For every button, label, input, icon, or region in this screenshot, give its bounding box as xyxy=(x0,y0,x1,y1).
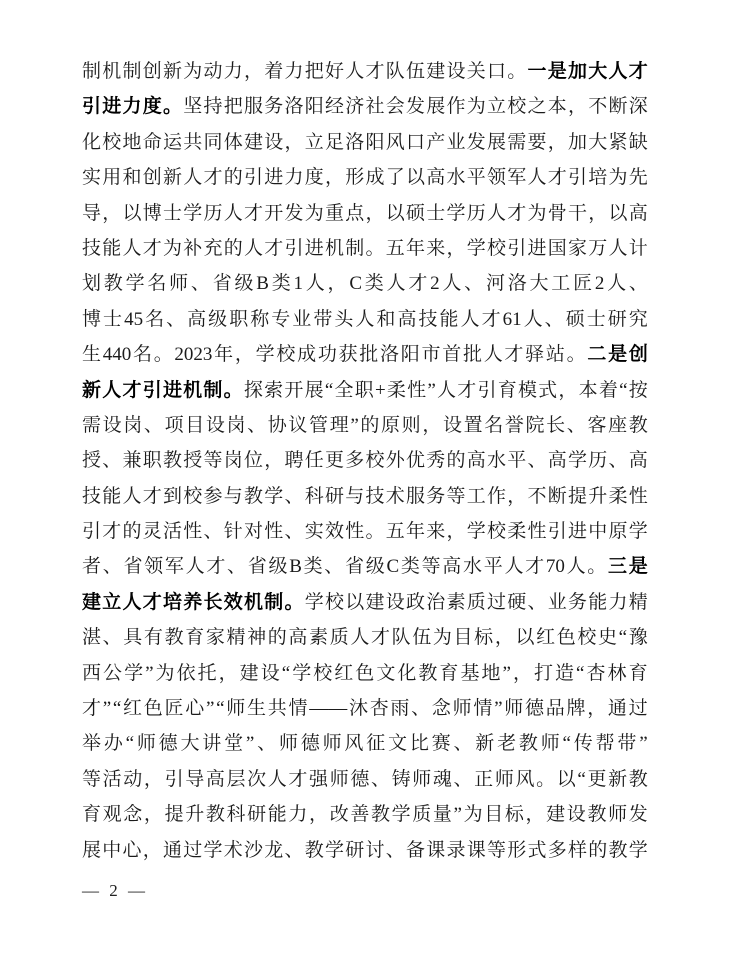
text-token: 、 xyxy=(464,266,483,301)
text-token: 的 xyxy=(360,408,379,443)
text-token: ， xyxy=(309,797,328,832)
text-token: 师 xyxy=(137,726,156,761)
text-token: 本 xyxy=(548,89,567,124)
text-token: 性 xyxy=(528,514,547,549)
text-token: “ xyxy=(126,726,134,761)
text-token: 式 xyxy=(528,833,547,868)
text-token: 次 xyxy=(247,762,266,797)
text-token: 用 xyxy=(102,160,121,195)
text-token: ， xyxy=(144,797,163,832)
text-line: 引才的灵活性、针对性、实效性。五年来，学校柔性引进中原学 xyxy=(82,514,648,549)
text-token: 1 xyxy=(293,266,303,301)
text-token: 人 xyxy=(123,479,142,514)
text-token: ， xyxy=(447,231,466,266)
text-token: 引 xyxy=(165,762,184,797)
text-token: 断 xyxy=(609,89,628,124)
text-token: 博 xyxy=(82,302,101,337)
text-token: 、 xyxy=(528,585,547,620)
text-token: 高 xyxy=(397,302,416,337)
text-token: 、 xyxy=(629,266,648,301)
text-token: 以 xyxy=(557,762,576,797)
text-token: 人 xyxy=(306,266,325,301)
text-token: 才 xyxy=(629,54,648,89)
text-token: 育 xyxy=(498,373,517,408)
text-token: 师 xyxy=(608,797,627,832)
text-token: 管 xyxy=(309,408,328,443)
text-token: 发 xyxy=(629,797,648,832)
text-token: 引 xyxy=(548,514,567,549)
text-token: 具 xyxy=(123,620,142,655)
text-token: ， xyxy=(422,408,441,443)
text-token: ” xyxy=(350,408,358,443)
text-token: 士 xyxy=(587,302,606,337)
text-token: 、 xyxy=(609,443,628,478)
text-token: 、 xyxy=(285,479,304,514)
text-token: 440 xyxy=(103,337,132,372)
text-token: 工 xyxy=(551,266,570,301)
text-token: 聘 xyxy=(285,443,304,478)
text-token: 铸 xyxy=(392,762,411,797)
text-token: 带 xyxy=(313,302,332,337)
text-token: 功 xyxy=(318,337,337,372)
text-token: 硕 xyxy=(406,196,425,231)
text-token: 能 xyxy=(102,479,121,514)
text-token: 称 xyxy=(250,302,269,337)
text-token: 高 xyxy=(426,160,445,195)
text-token: 龙 xyxy=(264,833,283,868)
text-token: ， xyxy=(495,620,514,655)
text-token: 杏 xyxy=(587,656,606,691)
text-token: 。 xyxy=(587,549,606,584)
text-token: 活 xyxy=(163,514,182,549)
text-token: 校 xyxy=(487,514,506,549)
text-token: 更 xyxy=(587,762,606,797)
text-token: C xyxy=(349,266,362,301)
text-token: 断 xyxy=(548,479,567,514)
text-token: 人 xyxy=(609,54,628,89)
text-token: 形 xyxy=(345,160,364,195)
text-token: 士 xyxy=(103,302,122,337)
text-token: 长 xyxy=(204,585,223,620)
text-token: 才 xyxy=(122,373,141,408)
text-token: 才 xyxy=(548,160,567,195)
text-token: 中 xyxy=(102,833,121,868)
text-token: 议 xyxy=(288,408,307,443)
text-token: 人 xyxy=(387,266,406,301)
text-token: 类 xyxy=(272,266,291,301)
text-token: 红 xyxy=(123,691,142,726)
text-token: 教 xyxy=(244,479,263,514)
text-token: 设 xyxy=(264,125,283,160)
text-token: 能 xyxy=(588,585,607,620)
text-token: 生 xyxy=(82,337,101,372)
text-token: 人 xyxy=(268,762,287,797)
text-token: 升 xyxy=(588,479,607,514)
text-token: + xyxy=(375,373,386,408)
text-token: 科 xyxy=(226,797,245,832)
text-token: 依 xyxy=(177,656,196,691)
text-token: 命 xyxy=(143,125,162,160)
text-token: 阳 xyxy=(366,125,385,160)
text-token: 学 xyxy=(629,833,648,868)
text-token: 沐 xyxy=(349,691,368,726)
text-token: 正 xyxy=(474,762,493,797)
text-token: 创 xyxy=(143,54,162,89)
text-token: 展 xyxy=(305,373,324,408)
text-token: 研 xyxy=(345,833,364,868)
text-token: 为 xyxy=(163,231,182,266)
text-token: 、 xyxy=(227,549,246,584)
text-token: 风 xyxy=(344,726,363,761)
text-line: 实用和创新人才的引进力度，形成了以高水平领军人才引培为先 xyxy=(82,160,648,195)
text-token: 站 xyxy=(546,337,565,372)
text-token: 引 xyxy=(477,373,496,408)
text-token: 学 xyxy=(568,443,587,478)
text-token: 级 xyxy=(208,302,227,337)
text-token: 高 xyxy=(467,443,486,478)
text-line: 导，以博士学历人才开发为重点，以硕士学历人才为骨干，以高 xyxy=(82,196,648,231)
text-token: 新 xyxy=(82,373,101,408)
text-token: ” xyxy=(639,726,647,761)
text-token: 校 xyxy=(325,585,344,620)
text-token: 需 xyxy=(507,125,526,160)
text-token: 年 xyxy=(406,231,425,266)
text-token: 70 xyxy=(546,549,565,584)
text-token: 提 xyxy=(165,797,184,832)
text-token: 才 xyxy=(366,54,385,89)
text-token: 省 xyxy=(213,266,232,301)
text-token: 。 xyxy=(567,337,586,372)
text-token: 引 xyxy=(285,231,304,266)
text-token: 人 xyxy=(123,585,142,620)
text-token: 杏 xyxy=(370,691,389,726)
text-token: 机 xyxy=(102,54,121,89)
text-token: 师 xyxy=(453,691,472,726)
text-token: 发 xyxy=(285,196,304,231)
text-token: 导 xyxy=(185,762,204,797)
text-token: “ xyxy=(619,373,627,408)
text-token: 课 xyxy=(467,833,486,868)
text-token: 活 xyxy=(103,762,122,797)
text-token: 军 xyxy=(165,549,184,584)
text-token: 与 xyxy=(345,479,364,514)
text-token: 队 xyxy=(392,620,411,655)
text-token: ， xyxy=(507,479,526,514)
text-token: 人 xyxy=(504,549,523,584)
text-token: 士 xyxy=(163,196,182,231)
text-token: 才 xyxy=(82,691,101,726)
page-number: — 2 — xyxy=(82,880,148,902)
text-token: 风 xyxy=(515,762,534,797)
text-token: 观 xyxy=(103,797,122,832)
text-token: 三 xyxy=(608,549,627,584)
text-token: 、 xyxy=(257,726,276,761)
text-token: 才 xyxy=(143,585,162,620)
text-token: 人 xyxy=(528,160,547,195)
text-token: 德 xyxy=(159,726,178,761)
text-token: 色 xyxy=(144,691,163,726)
text-token: 雨 xyxy=(390,691,409,726)
text-token: 建 xyxy=(240,656,259,691)
text-token: 精 xyxy=(629,585,648,620)
text-line: 西公学”为依托，建设“学校红色文化教育基地”，打造“杏林育 xyxy=(82,656,648,691)
text-token: 业 xyxy=(292,302,311,337)
text-token: 善 xyxy=(350,797,369,832)
text-token: 赛 xyxy=(432,726,451,761)
text-token: 性 xyxy=(183,514,202,549)
text-token: 创 xyxy=(143,160,162,195)
text-token: 职 xyxy=(229,302,248,337)
text-token: 教 xyxy=(305,833,324,868)
text-token: 济 xyxy=(345,89,364,124)
text-token: ， xyxy=(143,833,162,868)
text-token: 产 xyxy=(426,125,445,160)
text-token: 育 xyxy=(629,656,648,691)
text-token: 新 xyxy=(163,54,182,89)
text-token: 头 xyxy=(334,302,353,337)
text-token: 领 xyxy=(487,160,506,195)
text-token: 性 xyxy=(264,514,283,549)
text-token: 一 xyxy=(528,54,547,89)
text-token: 以 xyxy=(123,196,142,231)
text-token: ” xyxy=(103,691,111,726)
text-token: 专 xyxy=(271,302,290,337)
text-token: 老 xyxy=(497,726,516,761)
text-token: 进 xyxy=(163,373,182,408)
text-token: “ xyxy=(577,762,585,797)
text-token: 、 xyxy=(285,833,304,868)
text-token: 岗 xyxy=(226,408,245,443)
text-token: 务 xyxy=(264,89,283,124)
text-token: 开 xyxy=(284,373,303,408)
text-token: 才 xyxy=(206,549,225,584)
text-token: 师 xyxy=(412,762,431,797)
text-token: 、 xyxy=(247,408,266,443)
text-token: 等 xyxy=(487,833,506,868)
text-token: 新 xyxy=(608,762,627,797)
text-token: 样 xyxy=(568,833,587,868)
text-token: B xyxy=(256,266,269,301)
text-line: 博士45名、高级职称专业带头人和高技能人才61人、硕士研究 xyxy=(82,302,648,337)
text-token: 、 xyxy=(545,302,564,337)
text-token: 、 xyxy=(204,514,223,549)
text-token: 、 xyxy=(166,302,185,337)
text-token: 职 xyxy=(143,443,162,478)
text-token: 、 xyxy=(454,762,473,797)
text-token: 秀 xyxy=(426,443,445,478)
text-token: 二 xyxy=(587,337,606,372)
text-token: 历 xyxy=(588,443,607,478)
text-token: 人 xyxy=(224,196,243,231)
text-token: 补 xyxy=(183,231,202,266)
text-token: 豫 xyxy=(629,620,648,655)
text-line: 湛、具有教育家精神的高素质人才队伍为目标，以红色校史“豫 xyxy=(82,620,648,655)
text-token: 首 xyxy=(442,337,461,372)
text-token: 了 xyxy=(386,160,405,195)
text-token: 2023 xyxy=(174,337,212,372)
text-token: 素 xyxy=(447,585,466,620)
text-token: 要 xyxy=(528,125,547,160)
text-token: 力 xyxy=(123,89,142,124)
text-token: 校 xyxy=(276,337,295,372)
text-token: C xyxy=(386,549,399,584)
text-token: 设 xyxy=(261,656,280,691)
text-token: 多 xyxy=(548,833,567,868)
text-token: 大 xyxy=(180,726,199,761)
text-token: 充 xyxy=(204,231,223,266)
text-token: ， xyxy=(513,656,532,691)
text-token: 持 xyxy=(204,89,223,124)
text-token: 置 xyxy=(464,408,483,443)
text-token: 形 xyxy=(507,833,526,868)
text-token: 强 xyxy=(309,762,328,797)
text-token: 人 xyxy=(102,373,121,408)
text-token: 是 xyxy=(629,549,648,584)
text-token: 堂 xyxy=(224,726,243,761)
text-token: 改 xyxy=(330,797,349,832)
text-token: 、 xyxy=(386,833,405,868)
text-token: 学 xyxy=(447,196,466,231)
text-token: 多 xyxy=(345,443,364,478)
text-token: 量 xyxy=(433,797,452,832)
text-token: 实 xyxy=(82,160,101,195)
text-token: 服 xyxy=(406,479,425,514)
text-token: 制 xyxy=(264,585,283,620)
text-token: 建 xyxy=(426,54,445,89)
text-token: 和 xyxy=(123,160,142,195)
text-token: 地 xyxy=(123,125,142,160)
text-token: 授 xyxy=(183,443,202,478)
text-token: 制 xyxy=(345,231,364,266)
text-token: 为 xyxy=(183,54,202,89)
text-line: 需设岗、项目设岗、协议管理”的原则，设置名誉院长、客座教 xyxy=(82,408,648,443)
text-token: 年 xyxy=(406,514,425,549)
text-token: 精 xyxy=(226,620,245,655)
text-token: 导 xyxy=(82,196,101,231)
text-token: 以 xyxy=(609,196,628,231)
text-token: 技 xyxy=(82,231,101,266)
text-token: 水 xyxy=(447,160,466,195)
text-token: 足 xyxy=(325,125,344,160)
text-token: 五 xyxy=(386,231,405,266)
text-token: ， xyxy=(587,691,606,726)
text-token: ， xyxy=(264,443,283,478)
text-token: 教 xyxy=(519,726,538,761)
text-token: 大 xyxy=(530,266,549,301)
text-token: 以 xyxy=(406,160,425,195)
text-token: 能 xyxy=(440,302,459,337)
text-token: 需 xyxy=(82,408,101,443)
text-token: 过 xyxy=(183,833,202,868)
text-token: 来 xyxy=(426,514,445,549)
text-token: 匠 xyxy=(165,691,184,726)
text-token: 德 xyxy=(350,762,369,797)
text-token: 体 xyxy=(224,125,243,160)
text-token: 牌 xyxy=(566,691,585,726)
text-token: 念 xyxy=(432,691,451,726)
text-token: 培 xyxy=(588,160,607,195)
text-token: 硕 xyxy=(566,302,585,337)
text-token: 设 xyxy=(206,408,225,443)
text-token: 参 xyxy=(204,479,223,514)
text-token: 、 xyxy=(453,726,472,761)
text-token: 年 xyxy=(214,337,233,372)
text-token: ， xyxy=(366,196,385,231)
text-token: 来 xyxy=(426,231,445,266)
text-token: 通 xyxy=(163,833,182,868)
text-token: 、 xyxy=(528,443,547,478)
text-token: 不 xyxy=(588,89,607,124)
text-token: 才 xyxy=(244,196,263,231)
text-token: 学 xyxy=(305,585,324,620)
text-token: 师 xyxy=(495,762,514,797)
text-token: 万 xyxy=(588,231,607,266)
text-token: 会 xyxy=(386,89,405,124)
text-token: 设 xyxy=(103,408,122,443)
text-token: 素 xyxy=(309,620,328,655)
text-token: 、 xyxy=(567,408,586,443)
text-token: 。 xyxy=(224,373,243,408)
text-token: 育 xyxy=(185,620,204,655)
text-token: ， xyxy=(328,266,347,301)
text-line: 化校地命运共同体建设，立足洛阳风口产业发展需要，加大紧缺 xyxy=(82,125,648,160)
text-line: 育观念，提升教科研能力，改善教学质量”为目标，建设教师发 xyxy=(82,797,648,832)
text-token: 务 xyxy=(426,479,445,514)
text-token: 原 xyxy=(381,408,400,443)
text-token: 经 xyxy=(325,89,344,124)
text-token: 引 xyxy=(568,160,587,195)
text-token: 魂 xyxy=(433,762,452,797)
text-token: 人 xyxy=(567,549,586,584)
text-token: 术 xyxy=(386,479,405,514)
text-token: 教 xyxy=(165,620,184,655)
text-token: 打 xyxy=(534,656,553,691)
text-token: 进 xyxy=(102,89,121,124)
text-token: 校 xyxy=(507,89,526,124)
text-token: 加 xyxy=(568,54,587,89)
text-token: 的 xyxy=(224,160,243,195)
text-token: 伍 xyxy=(412,620,431,655)
text-token: 匠 xyxy=(573,266,592,301)
text-token: 引 xyxy=(143,373,162,408)
text-token: 人 xyxy=(183,160,202,195)
text-token: 、 xyxy=(191,266,210,301)
text-token: 色 xyxy=(355,656,374,691)
text-token: 才 xyxy=(204,160,223,195)
text-token: 任 xyxy=(305,443,324,478)
text-token: ， xyxy=(548,125,567,160)
text-token: 质 xyxy=(330,620,349,655)
text-token: 史 xyxy=(598,620,617,655)
text-token: 干 xyxy=(568,196,587,231)
text-token: “ xyxy=(563,726,571,761)
text-token: 队 xyxy=(386,54,405,89)
text-token: 家 xyxy=(568,231,587,266)
text-token: 位 xyxy=(244,443,263,478)
text-token: “ xyxy=(282,656,290,691)
text-token: 水 xyxy=(487,443,506,478)
text-line: 技能人才为补充的人才引进机制。五年来，学校引进国家万人计 xyxy=(82,231,648,266)
text-token: 才 xyxy=(102,514,121,549)
text-token: 驿 xyxy=(525,337,544,372)
text-token: 岗 xyxy=(123,408,142,443)
text-token: 河 xyxy=(486,266,505,301)
text-token: 共 xyxy=(268,691,287,726)
text-token: —— xyxy=(309,691,347,726)
text-token: 进 xyxy=(264,160,283,195)
text-token: 新 xyxy=(475,726,494,761)
text-token: 着 xyxy=(264,54,283,89)
